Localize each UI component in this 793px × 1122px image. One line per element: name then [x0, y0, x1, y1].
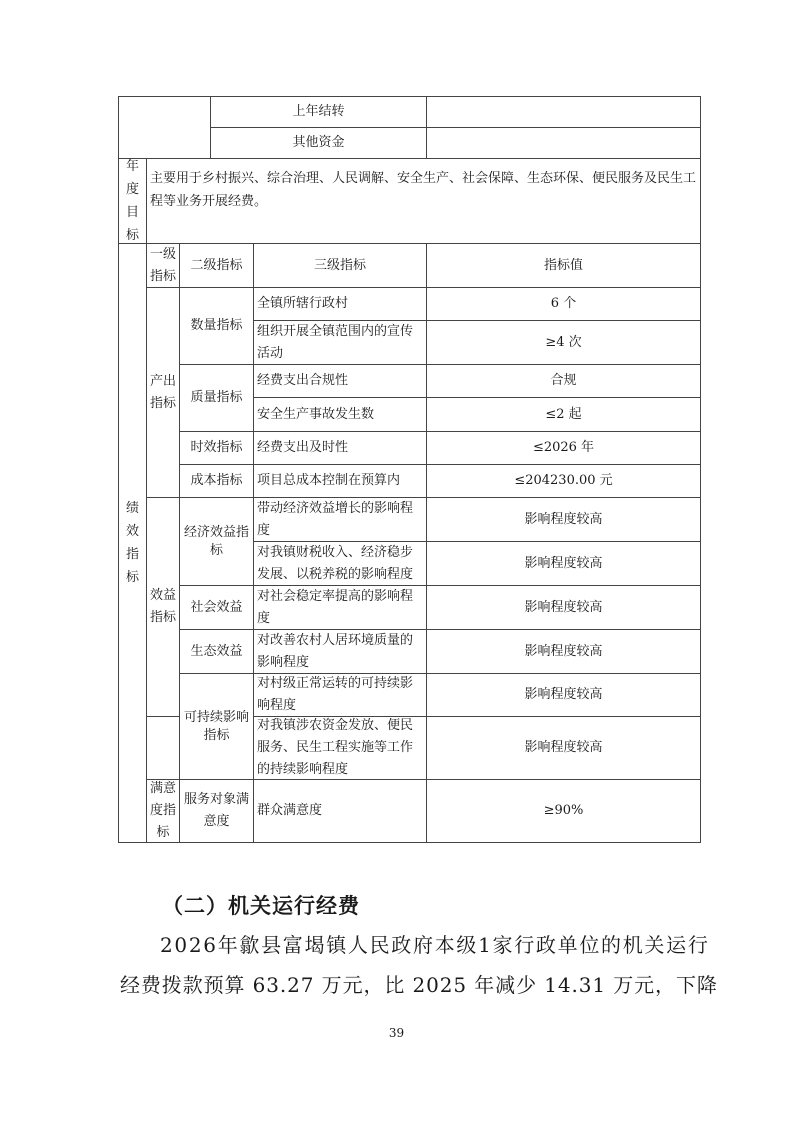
value-cell: 6 个 [426, 287, 701, 321]
level3-cell: 对我镇涉农资金发放、便民服务、民生工程实施等工作的持续影响程度 [253, 716, 427, 780]
value-text: 影响程度较高 [524, 737, 602, 759]
level2-text: 质量指标 [190, 387, 242, 409]
level1-satisfaction: 满意度指标 [146, 779, 180, 843]
level1-blank-cell [146, 716, 180, 780]
value-text: ≥4 次 [545, 332, 581, 354]
level3-cell: 经费支出及时性 [253, 431, 427, 465]
level2-text: 服务对象满意度 [184, 789, 250, 833]
funding-value-carryover [426, 96, 701, 128]
value-text: 合规 [550, 370, 576, 392]
level2-text: 社会效益 [190, 597, 242, 619]
level3-text: 安全生产事故发生数 [257, 404, 374, 426]
annual-goal-text-content: 主要用于乡村振兴、综合治理、人民调解、安全生产、社会保障、生态环保、便民服务及民… [150, 167, 696, 213]
level2-text: 成本指标 [190, 470, 242, 492]
level2-text: 数量指标 [190, 315, 242, 337]
header-level1: 一级指标 [146, 243, 180, 288]
level3-text: 项目总成本控制在预算内 [257, 470, 400, 492]
level2-ecological: 生态效益 [179, 629, 254, 674]
value-text: 影响程度较高 [524, 509, 602, 531]
level2-sustainability: 可持续影响指标 [179, 673, 254, 780]
level3-cell: 对我镇财税收入、经济稳步发展、以税养税的影响程度 [253, 541, 427, 586]
value-text: ≥90% [544, 800, 584, 822]
funding-label-carryover: 上年结转 [210, 96, 427, 128]
level2-text: 生态效益 [190, 641, 242, 663]
level1-output: 产出指标 [146, 287, 180, 498]
level2-timeliness: 时效指标 [179, 431, 254, 465]
value-text: 影响程度较高 [524, 641, 602, 663]
header-level3: 三级指标 [253, 243, 427, 288]
header-text: 三级指标 [314, 255, 366, 277]
level3-cell: 项目总成本控制在预算内 [253, 464, 427, 498]
header-level2: 二级指标 [179, 243, 254, 288]
level2-service-satisfaction: 服务对象满意度 [179, 779, 254, 843]
value-cell: ≤204230.00 元 [426, 464, 701, 498]
value-cell: ≥90% [426, 779, 701, 843]
level1-text: 满意度指标 [148, 778, 178, 844]
level3-cell: 对村级正常运转的可持续影响程度 [253, 673, 427, 717]
level3-cell: 经费支出合规性 [253, 364, 427, 398]
level3-text: 对我镇财税收入、经济稳步发展、以税养税的影响程度 [257, 542, 424, 586]
funding-value-other [426, 127, 701, 159]
level3-text: 对改善农村人居环境质量的影响程度 [257, 630, 424, 674]
paragraph-line-1: 2026年歙县富堨镇人民政府本级1家行政单位的机关运行 [160, 926, 705, 964]
level3-cell: 对改善农村人居环境质量的影响程度 [253, 629, 427, 674]
value-text: ≤2 起 [545, 404, 581, 426]
level2-social: 社会效益 [179, 585, 254, 630]
section-heading: （二）机关运行经费 [162, 890, 360, 920]
value-text: 6 个 [551, 293, 576, 315]
value-text: 影响程度较高 [524, 553, 602, 575]
level1-text: 效益指标 [148, 585, 178, 629]
level3-text: 全镇所辖行政村 [257, 293, 348, 315]
header-value: 指标值 [426, 243, 701, 288]
funding-blank-cell [118, 96, 211, 159]
level1-text: 产出指标 [148, 371, 178, 415]
level3-cell: 安全生产事故发生数 [253, 397, 427, 432]
value-cell: 影响程度较高 [426, 585, 701, 630]
indicator-side-label: 绩效指标 [118, 243, 147, 843]
funding-label-other: 其他资金 [210, 127, 427, 159]
level2-text: 可持续影响指标 [182, 709, 252, 745]
value-cell: 影响程度较高 [426, 673, 701, 717]
value-text: ≤204230.00 元 [514, 470, 612, 492]
level3-text: 对我镇涉农资金发放、便民服务、民生工程实施等工作的持续影响程度 [257, 715, 424, 781]
level2-text: 时效指标 [190, 437, 242, 459]
level3-text: 对村级正常运转的可持续影响程度 [257, 673, 424, 717]
level3-text: 经费支出及时性 [257, 437, 348, 459]
value-text: ≤2026 年 [533, 437, 594, 459]
level2-quality: 质量指标 [179, 364, 254, 432]
indicator-side-label-text: 绩效指标 [126, 497, 140, 589]
annual-goal-text: 主要用于乡村振兴、综合治理、人民调解、安全生产、社会保障、生态环保、便民服务及民… [146, 158, 701, 244]
value-cell: ≤2026 年 [426, 431, 701, 465]
level2-quantity: 数量指标 [179, 287, 254, 365]
document-page: 上年结转 其他资金 年度目标 主要用于乡村振兴、综合治理、人民调解、安全生产、社… [0, 0, 793, 1122]
page-number: 39 [0, 1026, 793, 1040]
level3-cell: 全镇所辖行政村 [253, 287, 427, 321]
annual-goal-label: 年度目标 [118, 158, 147, 244]
level3-text: 群众满意度 [257, 800, 322, 822]
value-cell: ≤2 起 [426, 397, 701, 432]
level2-cost: 成本指标 [179, 464, 254, 498]
paragraph-line-2: 经费拨款预算 63.27 万元，比 2025 年减少 14.31 万元，下降 [120, 966, 702, 1004]
level1-benefit: 效益指标 [146, 497, 180, 717]
value-text: 影响程度较高 [524, 684, 602, 706]
value-cell: 影响程度较高 [426, 541, 701, 586]
funding-label-text: 其他资金 [292, 132, 344, 154]
level2-economic: 经济效益指标 [179, 497, 254, 586]
value-text: 影响程度较高 [524, 597, 602, 619]
annual-goal-label-text: 年度目标 [126, 155, 140, 247]
value-cell: 影响程度较高 [426, 629, 701, 674]
value-cell: 合规 [426, 364, 701, 398]
header-text: 二级指标 [190, 255, 242, 277]
value-cell: ≥4 次 [426, 320, 701, 365]
level3-cell: 组织开展全镇范围内的宣传活动 [253, 320, 427, 365]
funding-label-text: 上年结转 [292, 101, 344, 123]
value-cell: 影响程度较高 [426, 497, 701, 542]
level2-text: 经济效益指标 [184, 524, 250, 560]
header-text: 指标值 [544, 255, 583, 277]
level3-text: 组织开展全镇范围内的宣传活动 [257, 321, 424, 365]
header-text: 一级指标 [148, 244, 178, 288]
level3-cell: 群众满意度 [253, 779, 427, 843]
level3-text: 带动经济效益增长的影响程度 [257, 498, 424, 542]
level3-cell: 带动经济效益增长的影响程度 [253, 497, 427, 542]
level3-text: 对社会稳定率提高的影响程度 [257, 586, 424, 630]
level3-text: 经费支出合规性 [257, 370, 348, 392]
level3-cell: 对社会稳定率提高的影响程度 [253, 585, 427, 630]
value-cell: 影响程度较高 [426, 716, 701, 780]
